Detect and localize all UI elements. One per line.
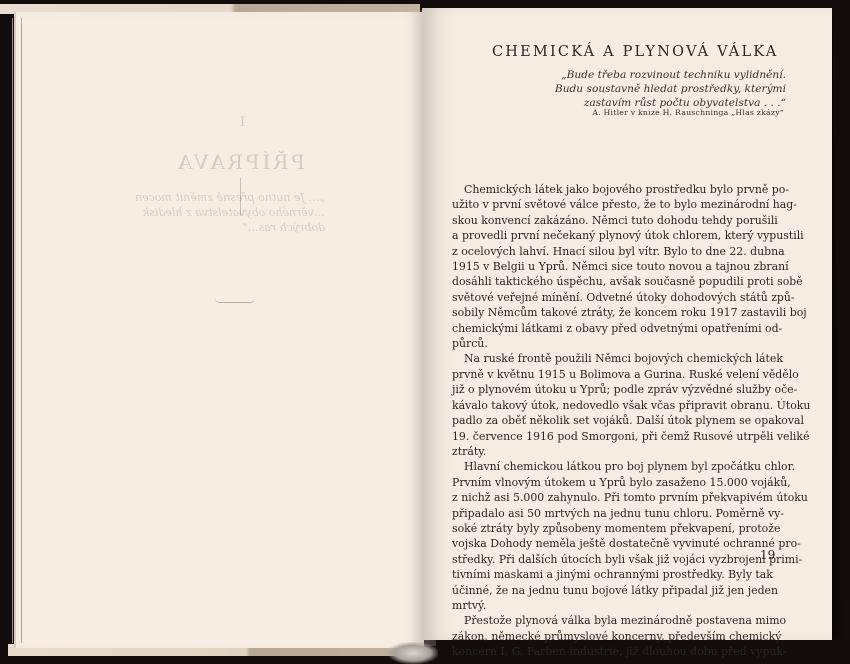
text-line: z ocelových lahví. Hnací silou byl vítr.… — [452, 244, 764, 259]
text-line: padlo za oběť několik set vojáků. Další … — [452, 413, 764, 428]
bleed-quote-line: dobrých ras…“ — [135, 220, 325, 235]
text-line: dosáhli taktického úspěchu, avšak součas… — [452, 274, 764, 289]
bleed-through-chapter-title: PŘÍPRAVA — [175, 150, 305, 174]
text-line: Chemických látek jako bojového prostředk… — [452, 182, 764, 197]
text-line: z nichž asi 5.000 zahynulo. Při tomto pr… — [452, 490, 764, 505]
text-line: chemickými látkami z obavy před odvetným… — [452, 321, 764, 336]
text-line: kávalo takový útok, nedovedlo však včas … — [452, 398, 764, 413]
epigraph-source: A. Hitler v knize H. Rauschninga „Hlas z… — [592, 108, 784, 117]
paragraph: Na ruské frontě použili Němci bojových c… — [452, 351, 764, 459]
text-line: mrtvý. — [452, 598, 764, 613]
paragraph: Chemických látek jako bojového prostředk… — [452, 182, 764, 351]
pencil-mark — [215, 298, 255, 303]
bleed-through-chapter-number: I — [240, 115, 245, 130]
body-text: Chemických látek jako bojového prostředk… — [452, 182, 764, 660]
text-line: vojska Dohody neměla ještě dostatečně vy… — [452, 536, 764, 551]
left-page-stack-edge — [12, 18, 22, 643]
text-line: užito v první světové válce přesto, že t… — [452, 197, 764, 212]
text-line: 1915 v Belgii u Yprů. Němci sice touto n… — [452, 259, 764, 274]
text-line: Prvním vlnovým útokem u Yprů bylo zasaže… — [452, 475, 764, 490]
bookmark-ribbon-frayed — [388, 642, 438, 664]
left-page — [14, 12, 424, 648]
text-line: skou konvencí zakázáno. Němci tuto dohod… — [452, 213, 764, 228]
bleed-through-quote: „… Je nutno přesně změnit mocen …věrného… — [135, 190, 325, 235]
text-line: sobily Němcům takové ztráty, že koncem r… — [452, 305, 764, 320]
text-line: zákon, německé průmyslové koncerny, před… — [452, 629, 764, 644]
bleed-quote-line: „… Je nutno přesně změnit mocen — [135, 190, 325, 205]
page-number: 19 — [760, 548, 775, 562]
epigraph-line: Budu soustavně hledat prostředky, kterým… — [540, 82, 786, 96]
bleed-quote-line: …věrného obyvatelstva z hledisk — [135, 205, 325, 220]
epigraph-line: „Bude třeba rozvinout techniku vylidnění… — [540, 68, 786, 82]
text-line: a provedli první nečekaný plynový útok c… — [452, 228, 764, 243]
text-line: Hlavní chemickou látkou pro boj plynem b… — [452, 459, 764, 474]
text-line: Přestože plynová válka byla mezinárodně … — [452, 613, 764, 628]
text-line: koncern I. G. Farben-industrie, již dlou… — [452, 644, 764, 659]
text-line: ztráty. — [452, 444, 764, 459]
text-line: prvně v květnu 1915 u Bolimova a Gurina.… — [452, 367, 764, 382]
text-line: 19. července 1916 pod Smorgoni, při čemž… — [452, 429, 764, 444]
epigraph-quote: „Bude třeba rozvinout techniku vylidnění… — [540, 68, 786, 111]
text-line: světové veřejné mínění. Odvetné útoky do… — [452, 290, 764, 305]
text-line: účinné, že na jednu tunu bojové látky př… — [452, 583, 764, 598]
paragraph: Přestože plynová válka byla mezinárodně … — [452, 613, 764, 659]
text-line: půrců. — [452, 336, 764, 351]
text-line: středky. Při dalších útocích byli však j… — [452, 552, 764, 567]
paragraph: Hlavní chemickou látkou pro boj plynem b… — [452, 459, 764, 613]
text-line: připadalo asi 50 mrtvých na jednu tunu c… — [452, 506, 764, 521]
text-line: již o plynovém útoku u Yprů; podle zpráv… — [452, 382, 764, 397]
chapter-title: CHEMICKÁ A PLYNOVÁ VÁLKA — [492, 44, 778, 60]
text-line: soké ztráty byly způsobeny momentem přek… — [452, 521, 764, 536]
text-line: tivními maskami a jinými ochrannými pros… — [452, 567, 764, 582]
text-line: Na ruské frontě použili Němci bojových c… — [452, 351, 764, 366]
